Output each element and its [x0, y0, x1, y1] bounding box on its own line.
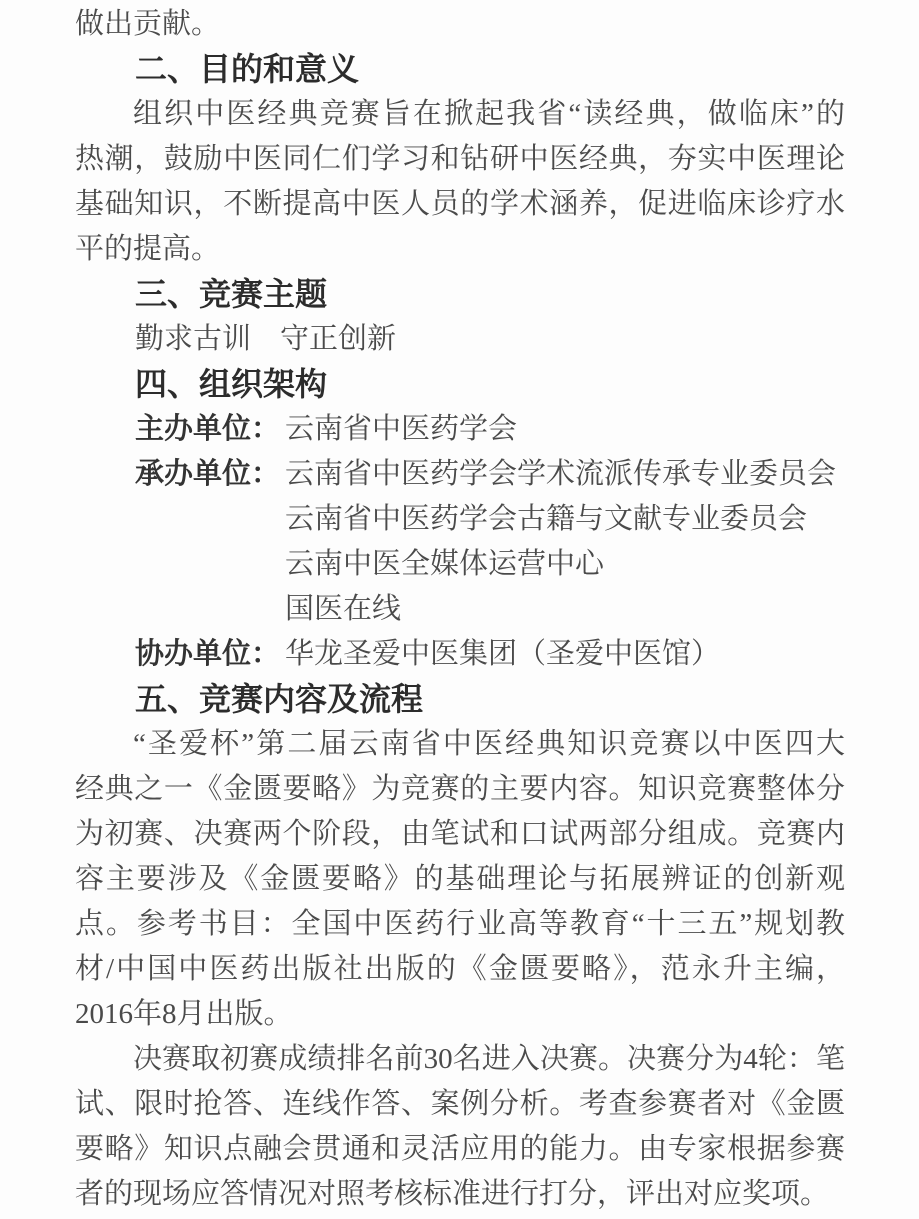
text-line: 基础知识，不断提高中医人员的学术涵养，促进临床诊疗水	[75, 182, 845, 227]
text-line: “圣爱杯”第二届云南省中医经典知识竞赛以中医四大	[75, 722, 845, 767]
text-line: 者的现场应答情况对照考核标准进行打分，评出对应奖项。	[75, 1172, 845, 1217]
text-line: 试、限时抢答、连线作答、案例分析。考查参赛者对《金匮	[75, 1082, 845, 1127]
purpose-paragraph: 组织中医经典竞赛旨在掀起我省“读经典，做临床”的 热潮，鼓励中医同仁们学习和钻研…	[75, 92, 845, 272]
content-paragraph-1: “圣爱杯”第二届云南省中医经典知识竞赛以中医四大 经典之一《金匮要略》为竞赛的主…	[75, 722, 845, 1037]
section-heading-purpose: 二、目的和意义	[75, 47, 845, 92]
organizer-value: 云南中医全媒体运营中心	[285, 542, 845, 587]
organizer-row-coorganizer: 协办单位： 华龙圣爱中医集团（圣爱中医馆）	[75, 632, 845, 677]
text-line: 2016年8月出版。	[75, 992, 845, 1037]
text-line: 平的提高。	[75, 227, 845, 272]
organizer-row-host: 主办单位： 云南省中医药学会	[75, 407, 845, 452]
organizer-label: 主办单位：	[75, 407, 285, 452]
competition-theme: 勤求古训 守正创新	[75, 317, 845, 362]
document-page: 做出贡献。 二、目的和意义 组织中医经典竞赛旨在掀起我省“读经典，做临床”的 热…	[0, 0, 919, 1219]
organizer-label: 协办单位：	[75, 632, 285, 677]
text-line: 热潮，鼓励中医同仁们学习和钻研中医经典，夯实中医理论	[75, 137, 845, 182]
organizer-label: 承办单位：	[75, 452, 285, 497]
text-line: 组织中医经典竞赛旨在掀起我省“读经典，做临床”的	[75, 92, 845, 137]
section-heading-content-process: 五、竞赛内容及流程	[75, 677, 845, 722]
text-line: 要略》知识点融会贯通和灵活应用的能力。由专家根据参赛	[75, 1127, 845, 1172]
text-line: 经典之一《金匮要略》为竞赛的主要内容。知识竞赛整体分	[75, 767, 845, 812]
continuation-line: 做出贡献。	[75, 2, 845, 47]
organizer-value: 华龙圣爱中医集团（圣爱中医馆）	[285, 632, 845, 677]
organizer-value: 云南省中医药学会学术流派传承专业委员会	[285, 452, 845, 497]
organizer-value: 国医在线	[285, 587, 845, 632]
organizer-row-undertaker: 承办单位： 云南省中医药学会学术流派传承专业委员会 云南省中医药学会古籍与文献专…	[75, 452, 845, 632]
text-line: 点。参考书目：全国中医药行业高等教育“十三五”规划教	[75, 902, 845, 947]
section-heading-organization: 四、组织架构	[75, 362, 845, 407]
content-paragraph-2: 决赛取初赛成绩排名前30名进入决赛。决赛分为4轮：笔 试、限时抢答、连线作答、案…	[75, 1037, 845, 1217]
section-heading-theme: 三、竞赛主题	[75, 272, 845, 317]
organizer-value: 云南省中医药学会	[285, 407, 845, 452]
text-line: 决赛取初赛成绩排名前30名进入决赛。决赛分为4轮：笔	[75, 1037, 845, 1082]
organizer-value: 云南省中医药学会古籍与文献专业委员会	[285, 497, 845, 542]
text-line: 材/中国中医药出版社出版的《金匮要略》，范永升主编，	[75, 947, 845, 992]
text-line: 为初赛、决赛两个阶段，由笔试和口试两部分组成。竞赛内	[75, 812, 845, 857]
text-line: 容主要涉及《金匮要略》的基础理论与拓展辨证的创新观	[75, 857, 845, 902]
